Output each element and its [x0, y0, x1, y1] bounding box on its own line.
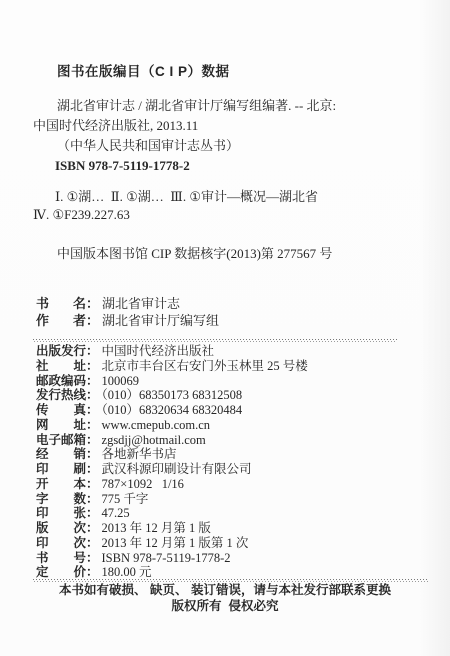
colophon-row-value: 180.00 元	[102, 565, 152, 579]
colophon-row-label: 电子邮箱	[36, 433, 86, 448]
colophon-row-value: 各地新华书店	[102, 447, 177, 461]
cip-entry-block: 湖北省审计志 / 湖北省审计厅编写组编著. -- 北京: 中国时代经济出版社, …	[33, 96, 413, 176]
colophon-row-value: www.cmepub.com.cn	[102, 418, 211, 432]
label-colon: ：	[86, 344, 99, 358]
colophon-row: 书名：湖北省审计志	[36, 295, 432, 312]
colophon-row-label: 邮政编码	[36, 374, 86, 389]
colophon-row: 邮政编码：100069	[36, 374, 436, 389]
colophon-row-label: 版次	[36, 521, 86, 536]
footer-notices: 本书如有破损、 缺页、 装订错误，请与本社发行部联系更换 版权所有 侵权必究	[0, 583, 450, 614]
colophon-row: 定价：180.00 元	[36, 565, 436, 580]
dotted-divider-bottom	[33, 579, 429, 582]
colophon-row: 作者：湖北省审计厅编写组	[36, 312, 432, 329]
cip-series: （中华人民共和国审计志丛书）	[33, 136, 413, 156]
colophon-row: 印张：47.25	[36, 506, 436, 521]
label-colon: ：	[86, 433, 99, 447]
colophon-row: 字数：775 千字	[36, 492, 436, 507]
cip-isbn: ISBN 978-7-5119-1778-2	[33, 156, 413, 176]
colophon-row-value: 北京市丰台区右安门外玉林里 25 号楼	[102, 359, 308, 373]
colophon-row-label: 发行热线	[36, 388, 86, 403]
label-colon: ：	[86, 492, 99, 506]
label-colon: ：	[86, 403, 99, 417]
colophon-row: 版次：2013 年 12 月第 1 版	[36, 521, 436, 536]
colophon-row-value: 2013 年 12 月第 1 版	[102, 521, 211, 535]
cip-classification-block: Ⅰ. ①湖… Ⅱ. ①湖… Ⅲ. ①审计—概况—湖北省 Ⅳ. ①F239.227…	[33, 188, 413, 223]
colophon-row: 印刷：武汉科源印刷设计有限公司	[36, 462, 436, 477]
colophon-row: 发行热线：（010）68350173 68312508	[36, 388, 436, 403]
colophon-row-value: 武汉科源印刷设计有限公司	[102, 462, 252, 476]
colophon-row: 印次：2013 年 12 月第 1 版第 1 次	[36, 536, 436, 551]
label-colon: ：	[86, 536, 99, 550]
label-colon: ：	[86, 521, 99, 535]
label-colon: ：	[86, 565, 99, 579]
colophon-row-label: 印次	[36, 536, 86, 551]
colophon-row: 出版发行：中国时代经济出版社	[36, 344, 436, 359]
cip-class-line2: Ⅳ. ①F239.227.63	[33, 206, 413, 224]
cip-record-number: 中国版本图书馆 CIP 数据核字(2013)第 277567 号	[57, 243, 332, 262]
colophon-row-label: 开本	[36, 477, 86, 492]
colophon-row-label: 作者	[36, 312, 86, 329]
colophon-row-label: 社址	[36, 359, 86, 374]
cip-entry-line1: 湖北省审计志 / 湖北省审计厅编写组编著. -- 北京:	[33, 96, 413, 116]
label-colon: ：	[86, 447, 99, 461]
colophon-row-label: 印刷	[36, 462, 86, 477]
colophon-row-value: 775 千字	[102, 492, 149, 506]
label-colon: ：	[86, 388, 99, 402]
colophon-row-value: 47.25	[102, 506, 130, 520]
colophon-row-value: 787×1092 1/16	[102, 477, 184, 491]
colophon-row-value: （010）68320634 68320484	[102, 403, 243, 417]
label-colon: ：	[86, 296, 99, 311]
colophon-row: 开本：787×1092 1/16	[36, 477, 436, 492]
cip-heading: 图书在版编目（C I P）数据	[57, 60, 230, 80]
label-colon: ：	[86, 313, 99, 328]
colophon-row-label: 字数	[36, 492, 86, 507]
colophon-row-label: 定价	[36, 565, 86, 580]
replacement-notice: 本书如有破损、 缺页、 装订错误，请与本社发行部联系更换	[0, 583, 450, 599]
colophon-row-label: 印张	[36, 506, 86, 521]
colophon-row-label: 传真	[36, 403, 86, 418]
label-colon: ：	[86, 462, 99, 476]
colophon-row: 书号：ISBN 978-7-5119-1778-2	[36, 551, 436, 566]
title-author-block: 书名：湖北省审计志作者：湖北省审计厅编写组	[36, 295, 432, 329]
colophon-row-value: （010）68350173 68312508	[102, 388, 243, 402]
colophon-row-label: 书号	[36, 551, 86, 566]
colophon-row: 网址：www.cmepub.com.cn	[36, 418, 436, 433]
colophon-row-label: 网址	[36, 418, 86, 433]
publication-details-block: 出版发行：中国时代经济出版社社址：北京市丰台区右安门外玉林里 25 号楼邮政编码…	[36, 344, 436, 580]
label-colon: ：	[86, 359, 99, 373]
colophon-row: 传真：（010）68320634 68320484	[36, 403, 436, 418]
cip-entry-line2: 中国时代经济出版社, 2013.11	[33, 116, 413, 136]
colophon-row-value: 100069	[102, 374, 140, 388]
colophon-row: 电子邮箱：zgsdjj@hotmail.com	[36, 433, 436, 448]
cip-class-line1: Ⅰ. ①湖… Ⅱ. ①湖… Ⅲ. ①审计—概况—湖北省	[33, 188, 413, 206]
label-colon: ：	[86, 418, 99, 432]
colophon-row-value: ISBN 978-7-5119-1778-2	[102, 551, 231, 565]
colophon-row-label: 书名	[36, 295, 86, 312]
colophon-row-value: 中国时代经济出版社	[102, 344, 215, 358]
colophon-row-value: zgsdjj@hotmail.com	[102, 433, 206, 447]
colophon-row-label: 出版发行	[36, 344, 86, 359]
book-copyright-page: 图书在版编目（C I P）数据 湖北省审计志 / 湖北省审计厅编写组编著. --…	[0, 0, 450, 656]
dotted-divider-top	[33, 339, 397, 342]
label-colon: ：	[86, 477, 99, 491]
colophon-row-value: 湖北省审计志	[102, 296, 180, 311]
colophon-row-value: 湖北省审计厅编写组	[102, 313, 219, 328]
label-colon: ：	[86, 374, 99, 388]
label-colon: ：	[86, 506, 99, 520]
copyright-notice: 版权所有 侵权必究	[0, 599, 450, 615]
colophon-row-label: 经销	[36, 447, 86, 462]
colophon-row: 社址：北京市丰台区右安门外玉林里 25 号楼	[36, 359, 436, 374]
colophon-row: 经销：各地新华书店	[36, 447, 436, 462]
label-colon: ：	[86, 551, 99, 565]
colophon-row-value: 2013 年 12 月第 1 版第 1 次	[102, 536, 249, 550]
